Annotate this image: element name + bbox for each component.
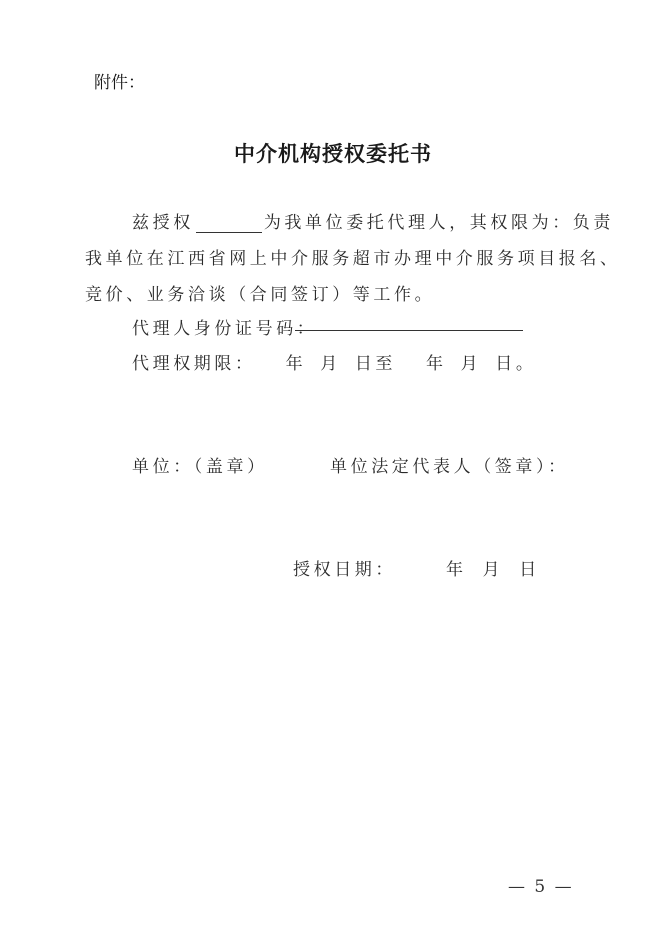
document-title: 中介机构授权委托书 bbox=[0, 138, 666, 168]
agent-name-blank[interactable] bbox=[196, 214, 262, 233]
legal-rep-label: 单位法定代表人（签章）： bbox=[330, 452, 569, 477]
authorization-date: 授权日期：年月日 bbox=[293, 555, 540, 580]
term-month1: 月 bbox=[320, 354, 341, 374]
id-number-blank[interactable] bbox=[295, 330, 523, 331]
para1-prefix: 兹授权 bbox=[132, 213, 194, 233]
authorization-line-2: 我单位在江西省网上中介服务超市办理中介服务项目报名、 bbox=[85, 244, 621, 269]
page-number: — 5 — bbox=[508, 877, 574, 897]
authorization-line-1: 兹授权为我单位委托代理人，其权限为：负责 bbox=[132, 208, 614, 233]
attachment-label: 附件： bbox=[94, 68, 145, 93]
date-month: 月 bbox=[483, 560, 504, 580]
authorization-line-3: 竞价、业务洽谈（合同签订）等工作。 bbox=[85, 280, 435, 305]
term-day1: 日至 bbox=[355, 354, 396, 374]
term-year1: 年 bbox=[286, 354, 307, 374]
para1-suffix: 为我单位委托代理人，其权限为：负责 bbox=[264, 213, 614, 233]
term-month2: 月 bbox=[461, 354, 482, 374]
unit-seal-label: 单位：（盖章） bbox=[132, 452, 268, 477]
term-day2: 日。 bbox=[495, 354, 536, 374]
date-day: 日 bbox=[519, 560, 540, 580]
id-number-label: 代理人身份证号码： bbox=[132, 314, 317, 339]
date-year: 年 bbox=[446, 560, 467, 580]
term-line: 代理权期限：年月日至年月日。 bbox=[132, 349, 536, 374]
term-year2: 年 bbox=[426, 354, 447, 374]
auth-date-label: 授权日期： bbox=[293, 560, 396, 580]
term-label: 代理权期限： bbox=[132, 354, 256, 374]
